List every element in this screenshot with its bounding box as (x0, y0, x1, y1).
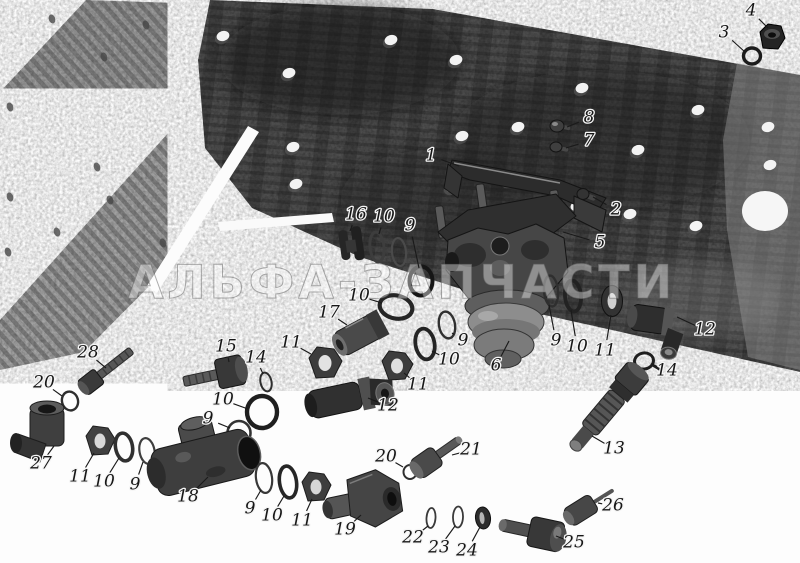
svg-text:15: 15 (215, 337, 237, 357)
svg-text:13: 13 (603, 439, 625, 459)
svg-text:9: 9 (551, 331, 562, 351)
svg-text:1: 1 (426, 146, 437, 166)
svg-text:11: 11 (291, 511, 313, 531)
diagram-scene: АЛЬФА-ЗАПЧАСТИ 1234567816109910111214131… (0, 0, 800, 563)
svg-text:5: 5 (595, 233, 606, 253)
svg-text:10: 10 (348, 286, 370, 306)
svg-text:10: 10 (93, 472, 115, 492)
svg-text:9: 9 (245, 499, 256, 519)
svg-text:16: 16 (345, 205, 367, 225)
svg-text:2: 2 (610, 200, 622, 220)
svg-text:24: 24 (455, 541, 478, 561)
svg-text:11: 11 (407, 375, 429, 395)
svg-text:20: 20 (374, 447, 397, 467)
svg-text:26: 26 (601, 496, 624, 516)
svg-text:25: 25 (562, 533, 585, 553)
svg-text:8: 8 (584, 108, 595, 128)
svg-text:10: 10 (212, 390, 234, 410)
svg-text:11: 11 (594, 341, 616, 361)
svg-text:18: 18 (177, 487, 199, 507)
svg-text:10: 10 (566, 337, 588, 357)
svg-text:17: 17 (318, 303, 340, 323)
callout-11: 11 (404, 373, 429, 395)
svg-text:27: 27 (29, 454, 52, 474)
parts-diagram-page: АЛЬФА-ЗАПЧАСТИ 1234567816109910111214131… (0, 0, 800, 563)
svg-text:7: 7 (584, 131, 595, 151)
svg-text:19: 19 (334, 520, 356, 540)
svg-text:23: 23 (427, 538, 450, 558)
frame-large-hole (742, 191, 788, 231)
svg-text:21: 21 (459, 440, 482, 460)
svg-text:10: 10 (373, 207, 395, 227)
svg-text:12: 12 (377, 396, 399, 416)
svg-text:20: 20 (32, 373, 55, 393)
svg-text:11: 11 (280, 333, 302, 353)
svg-text:12: 12 (694, 320, 716, 340)
svg-text:11: 11 (69, 467, 91, 487)
svg-text:9: 9 (458, 331, 469, 351)
svg-text:6: 6 (491, 356, 502, 376)
svg-text:14: 14 (245, 348, 267, 368)
svg-text:10: 10 (261, 506, 283, 526)
svg-text:9: 9 (405, 216, 416, 236)
svg-text:22: 22 (401, 528, 424, 548)
svg-text:9: 9 (203, 409, 214, 429)
svg-text:14: 14 (656, 361, 678, 381)
watermark: АЛЬФА-ЗАПЧАСТИ (128, 255, 676, 309)
svg-text:4: 4 (745, 1, 757, 21)
svg-text:9: 9 (130, 475, 141, 495)
svg-text:3: 3 (719, 23, 730, 43)
svg-text:10: 10 (438, 350, 460, 370)
svg-text:28: 28 (76, 343, 99, 363)
callout-14: 14 (652, 361, 678, 381)
callout-26: 26 (598, 496, 624, 516)
